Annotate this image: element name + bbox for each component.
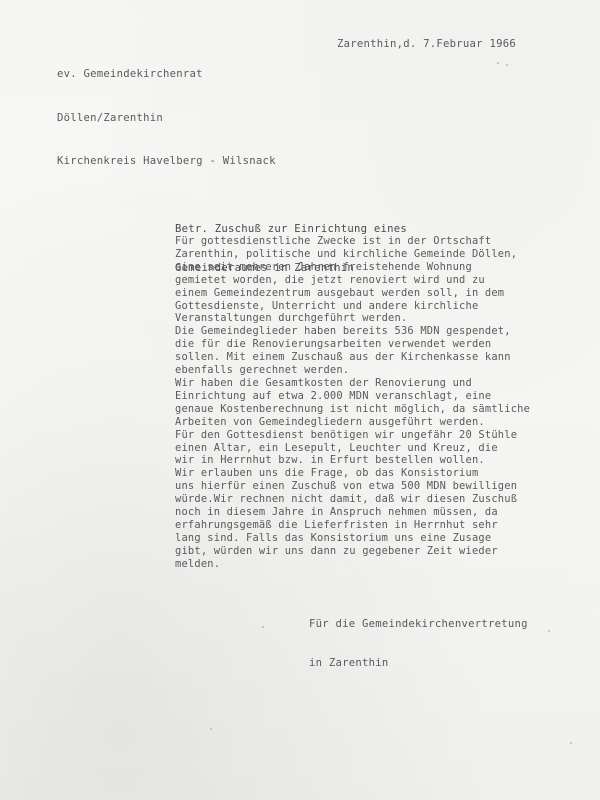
body-line: sollen. Mit einem Zuschauß aus der Kirch… bbox=[175, 351, 530, 364]
body-line: Wir erlauben uns die Frage, ob das Konsi… bbox=[175, 467, 530, 480]
body-line: erfahrungsgemäß die Lieferfristen in Her… bbox=[175, 519, 530, 532]
body-line: Zarenthin, politische und kirchliche Gem… bbox=[175, 248, 530, 261]
body-line: die für die Renovierungsarbeiten verwend… bbox=[175, 338, 530, 351]
body-line: noch in diesem Jahre in Anspruch nehmen … bbox=[175, 506, 530, 519]
body-line: Für den Gottesdienst benötigen wir ungef… bbox=[175, 429, 530, 442]
sender-line-church-district: Kirchenkreis Havelberg - Wilsnack bbox=[57, 154, 276, 169]
body-line: melden. bbox=[175, 558, 530, 571]
closing-line-2: in Zarenthin bbox=[309, 657, 528, 670]
sender-line-location: Döllen/Zarenthin bbox=[57, 111, 276, 126]
body-line: ebenfalls gerechnet werden. bbox=[175, 364, 530, 377]
paper-speck bbox=[570, 742, 572, 744]
body-line: genaue Kostenberechnung ist nicht möglic… bbox=[175, 403, 530, 416]
closing-line-1: Für die Gemeindekirchenvertretung bbox=[309, 618, 528, 631]
paper-speck bbox=[548, 630, 550, 632]
letter-body: Für gottesdienstliche Zwecke ist in der … bbox=[175, 235, 530, 571]
body-line: lang sind. Falls das Konsistorium uns ei… bbox=[175, 532, 530, 545]
body-line: Gottesdienste, Unterricht und andere kir… bbox=[175, 300, 530, 313]
paper-speck bbox=[262, 626, 264, 628]
body-line: einen Altar, ein Lesepult, Leuchter und … bbox=[175, 442, 530, 455]
paper-speck bbox=[506, 64, 508, 66]
sender-line-parish-council: ev. Gemeindekirchenrat bbox=[57, 67, 276, 82]
body-line: Einrichtung auf etwa 2.000 MDN veranschl… bbox=[175, 390, 530, 403]
body-line: Veranstaltungen durchgeführt werden. bbox=[175, 312, 530, 325]
body-line: gemietet worden, die jetzt renoviert wir… bbox=[175, 274, 530, 287]
closing-signature-block: Für die Gemeindekirchenvertretung in Zar… bbox=[309, 592, 528, 696]
body-line: uns hierfür einen Zuschuß von etwa 500 M… bbox=[175, 480, 530, 493]
body-line: gibt, würden wir uns dann zu gegebener Z… bbox=[175, 545, 530, 558]
body-line: einem Gemeindezentrum ausgebaut werden s… bbox=[175, 287, 530, 300]
body-line: Arbeiten von Gemeindegliedern ausgeführt… bbox=[175, 416, 530, 429]
typewritten-letter-page: ev. Gemeindekirchenrat Döllen/Zarenthin … bbox=[0, 0, 600, 800]
paper-speck bbox=[497, 62, 499, 64]
body-line: würde.Wir rechnen nicht damit, daß wir d… bbox=[175, 493, 530, 506]
letter-date: Zarenthin,d. 7.Februar 1966 bbox=[337, 38, 516, 50]
body-line: Die Gemeindeglieder haben bereits 536 MD… bbox=[175, 325, 530, 338]
body-line: eine seit mehreren Jahren freistehende W… bbox=[175, 261, 530, 274]
body-line: Für gottesdienstliche Zwecke ist in der … bbox=[175, 235, 530, 248]
body-line: Wir haben die Gesamtkosten der Renovieru… bbox=[175, 377, 530, 390]
sender-address-block: ev. Gemeindekirchenrat Döllen/Zarenthin … bbox=[57, 38, 276, 198]
paper-speck bbox=[210, 728, 212, 730]
body-line: wir in Herrnhut bzw. in Erfurt bestellen… bbox=[175, 454, 530, 467]
